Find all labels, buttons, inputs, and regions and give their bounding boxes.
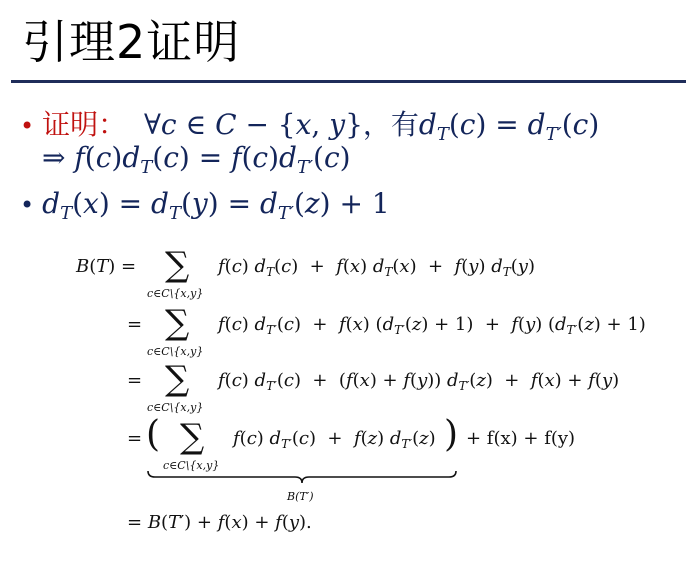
derivation-line-3: f(c) dT′(c) + (f(x) + f(y)) dT′(z) + f(x… [218, 370, 619, 393]
bullet-dot: • [20, 112, 34, 140]
bullet-proof-line1: •证明： ∀c ∈ C − {x, y}，有dT(c) = dT′(c) [20, 103, 599, 145]
derivation-line-4: f(c) dT′(c) + f(z) dT′(z) [233, 428, 436, 451]
bullet-depth-relation: •dT(x) = dT(y) = dT′(z) + 1 [20, 187, 390, 224]
bullet-proof-line2: ⇒ f(c)dT(c) = f(c)dT′(c) [42, 141, 351, 178]
sum-symbol: ∑ [165, 248, 189, 282]
proof-implication: ⇒ f(c)dT(c) = f(c)dT′(c) [42, 141, 351, 174]
equals-sign: = [127, 428, 142, 449]
sum-symbol: ∑ [165, 306, 189, 340]
underbrace [147, 470, 457, 484]
equals-sign: = [127, 314, 142, 335]
equals-sign: = [127, 370, 142, 391]
left-paren: ( [146, 414, 160, 455]
sum-symbol: ∑ [180, 420, 204, 454]
sum-limit: c∈C\{x,y} [147, 345, 203, 358]
underbrace-label: B(T′) [287, 490, 314, 503]
derivation-lhs: B(T) = [76, 256, 136, 277]
proof-label: 证明： [42, 108, 126, 141]
sum-symbol: ∑ [165, 362, 189, 396]
right-paren: ) [444, 414, 458, 455]
bullet-dot: • [20, 191, 34, 219]
derivation-line-1: f(c) dT(c) + f(x) dT(x) + f(y) dT(y) [218, 256, 535, 279]
sum-limit: c∈C\{x,y} [147, 287, 203, 300]
depth-equation: dT(x) = dT(y) = dT′(z) + 1 [42, 187, 390, 220]
derivation-line-5: = B(T′) + f(x) + f(y). [127, 512, 312, 533]
derivation-line-2: f(c) dT′(c) + f(x) (dT′(z) + 1) + f(y) (… [218, 314, 646, 337]
derivation-line-4-tail: + f(x) + f(y) [466, 428, 575, 449]
sum-limit: c∈C\{x,y} [147, 401, 203, 414]
slide-title: 引理2证明 [22, 12, 240, 72]
proof-statement: ∀c ∈ C − {x, y}，有dT(c) = dT′(c) [135, 108, 599, 141]
title-divider [11, 80, 686, 83]
